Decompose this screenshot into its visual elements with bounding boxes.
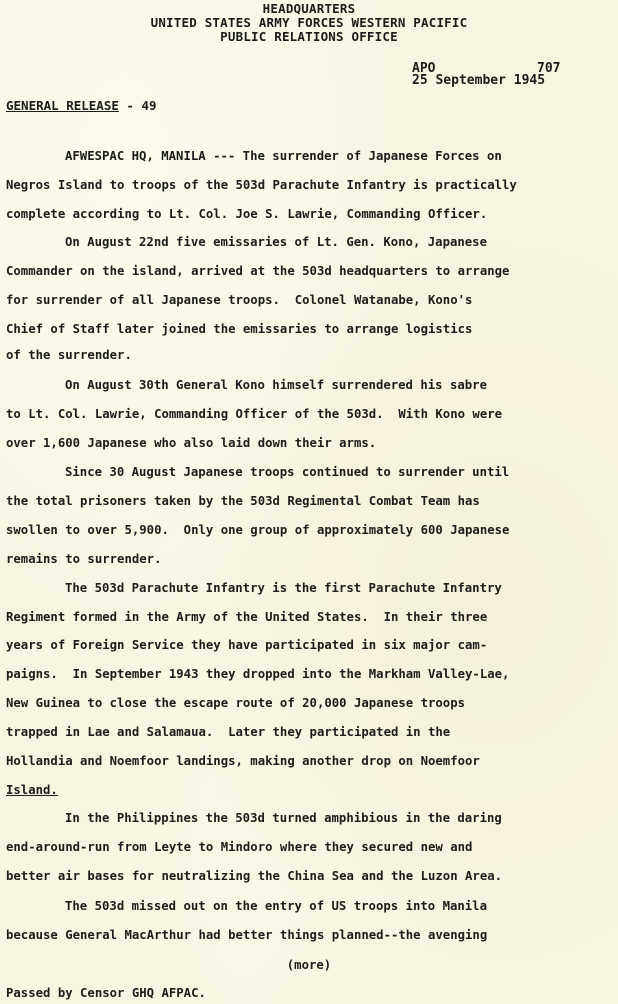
release-date: 25 September 1945 — [412, 74, 545, 87]
header-office: PUBLIC RELATIONS OFFICE — [0, 30, 618, 44]
body-line: the total prisoners taken by the 503d Re… — [6, 493, 480, 509]
body-line: Island. — [6, 782, 58, 798]
body-line: On August 30th General Kono himself surr… — [65, 377, 487, 393]
body-line: AFWESPAC HQ, MANILA --- The surrender of… — [65, 148, 502, 164]
release-label: GENERAL RELEASE — [6, 98, 119, 113]
body-line: Chief of Staff later joined the emissari… — [6, 321, 472, 337]
body-line: On August 22nd five emissaries of Lt. Ge… — [65, 234, 487, 250]
body-line: Regiment formed in the Army of the Unite… — [6, 609, 487, 625]
body-line: better air bases for neutralizing the Ch… — [6, 868, 502, 884]
press-release-page: HEADQUARTERS UNITED STATES ARMY FORCES W… — [0, 0, 618, 1004]
body-line: of the surrender. — [6, 347, 132, 363]
body-line: complete according to Lt. Col. Joe S. La… — [6, 206, 487, 222]
body-line: The 503d Parachute Infantry is the first… — [65, 580, 502, 596]
body-line: In the Philippines the 503d turned amphi… — [65, 810, 502, 826]
body-line: remains to surrender. — [6, 551, 161, 567]
continuation-marker: (more) — [0, 957, 618, 973]
body-line: Commander on the island, arrived at the … — [6, 263, 509, 279]
censor-note: Passed by Censor GHQ AFPAC. — [6, 985, 206, 1001]
body-line: swollen to over 5,900. Only one group of… — [6, 522, 509, 538]
body-line: paigns. In September 1943 they dropped i… — [6, 666, 509, 682]
header-headquarters: HEADQUARTERS — [0, 2, 618, 16]
body-line: The 503d missed out on the entry of US t… — [65, 898, 487, 914]
release-separator: - — [119, 98, 142, 113]
header-organization: UNITED STATES ARMY FORCES WESTERN PACIFI… — [0, 16, 618, 30]
release-number: 49 — [141, 98, 156, 113]
body-line: end-around-run from Leyte to Mindoro whe… — [6, 839, 472, 855]
body-line: Hollandia and Noemfoor landings, making … — [6, 753, 480, 769]
body-line: New Guinea to close the escape route of … — [6, 695, 465, 711]
body-line: to Lt. Col. Lawrie, Commanding Officer o… — [6, 406, 502, 422]
body-line: Since 30 August Japanese troops continue… — [65, 464, 509, 480]
body-line: years of Foreign Service they have parti… — [6, 637, 487, 653]
body-line: trapped in Lae and Salamaua. Later they … — [6, 724, 450, 740]
body-line: Negros Island to troops of the 503d Para… — [6, 177, 517, 193]
release-heading: GENERAL RELEASE - 49 — [6, 98, 157, 113]
body-line: for surrender of all Japanese troops. Co… — [6, 292, 472, 308]
body-line: because General MacArthur had better thi… — [6, 927, 487, 943]
body-line: over 1,600 Japanese who also laid down t… — [6, 435, 376, 451]
